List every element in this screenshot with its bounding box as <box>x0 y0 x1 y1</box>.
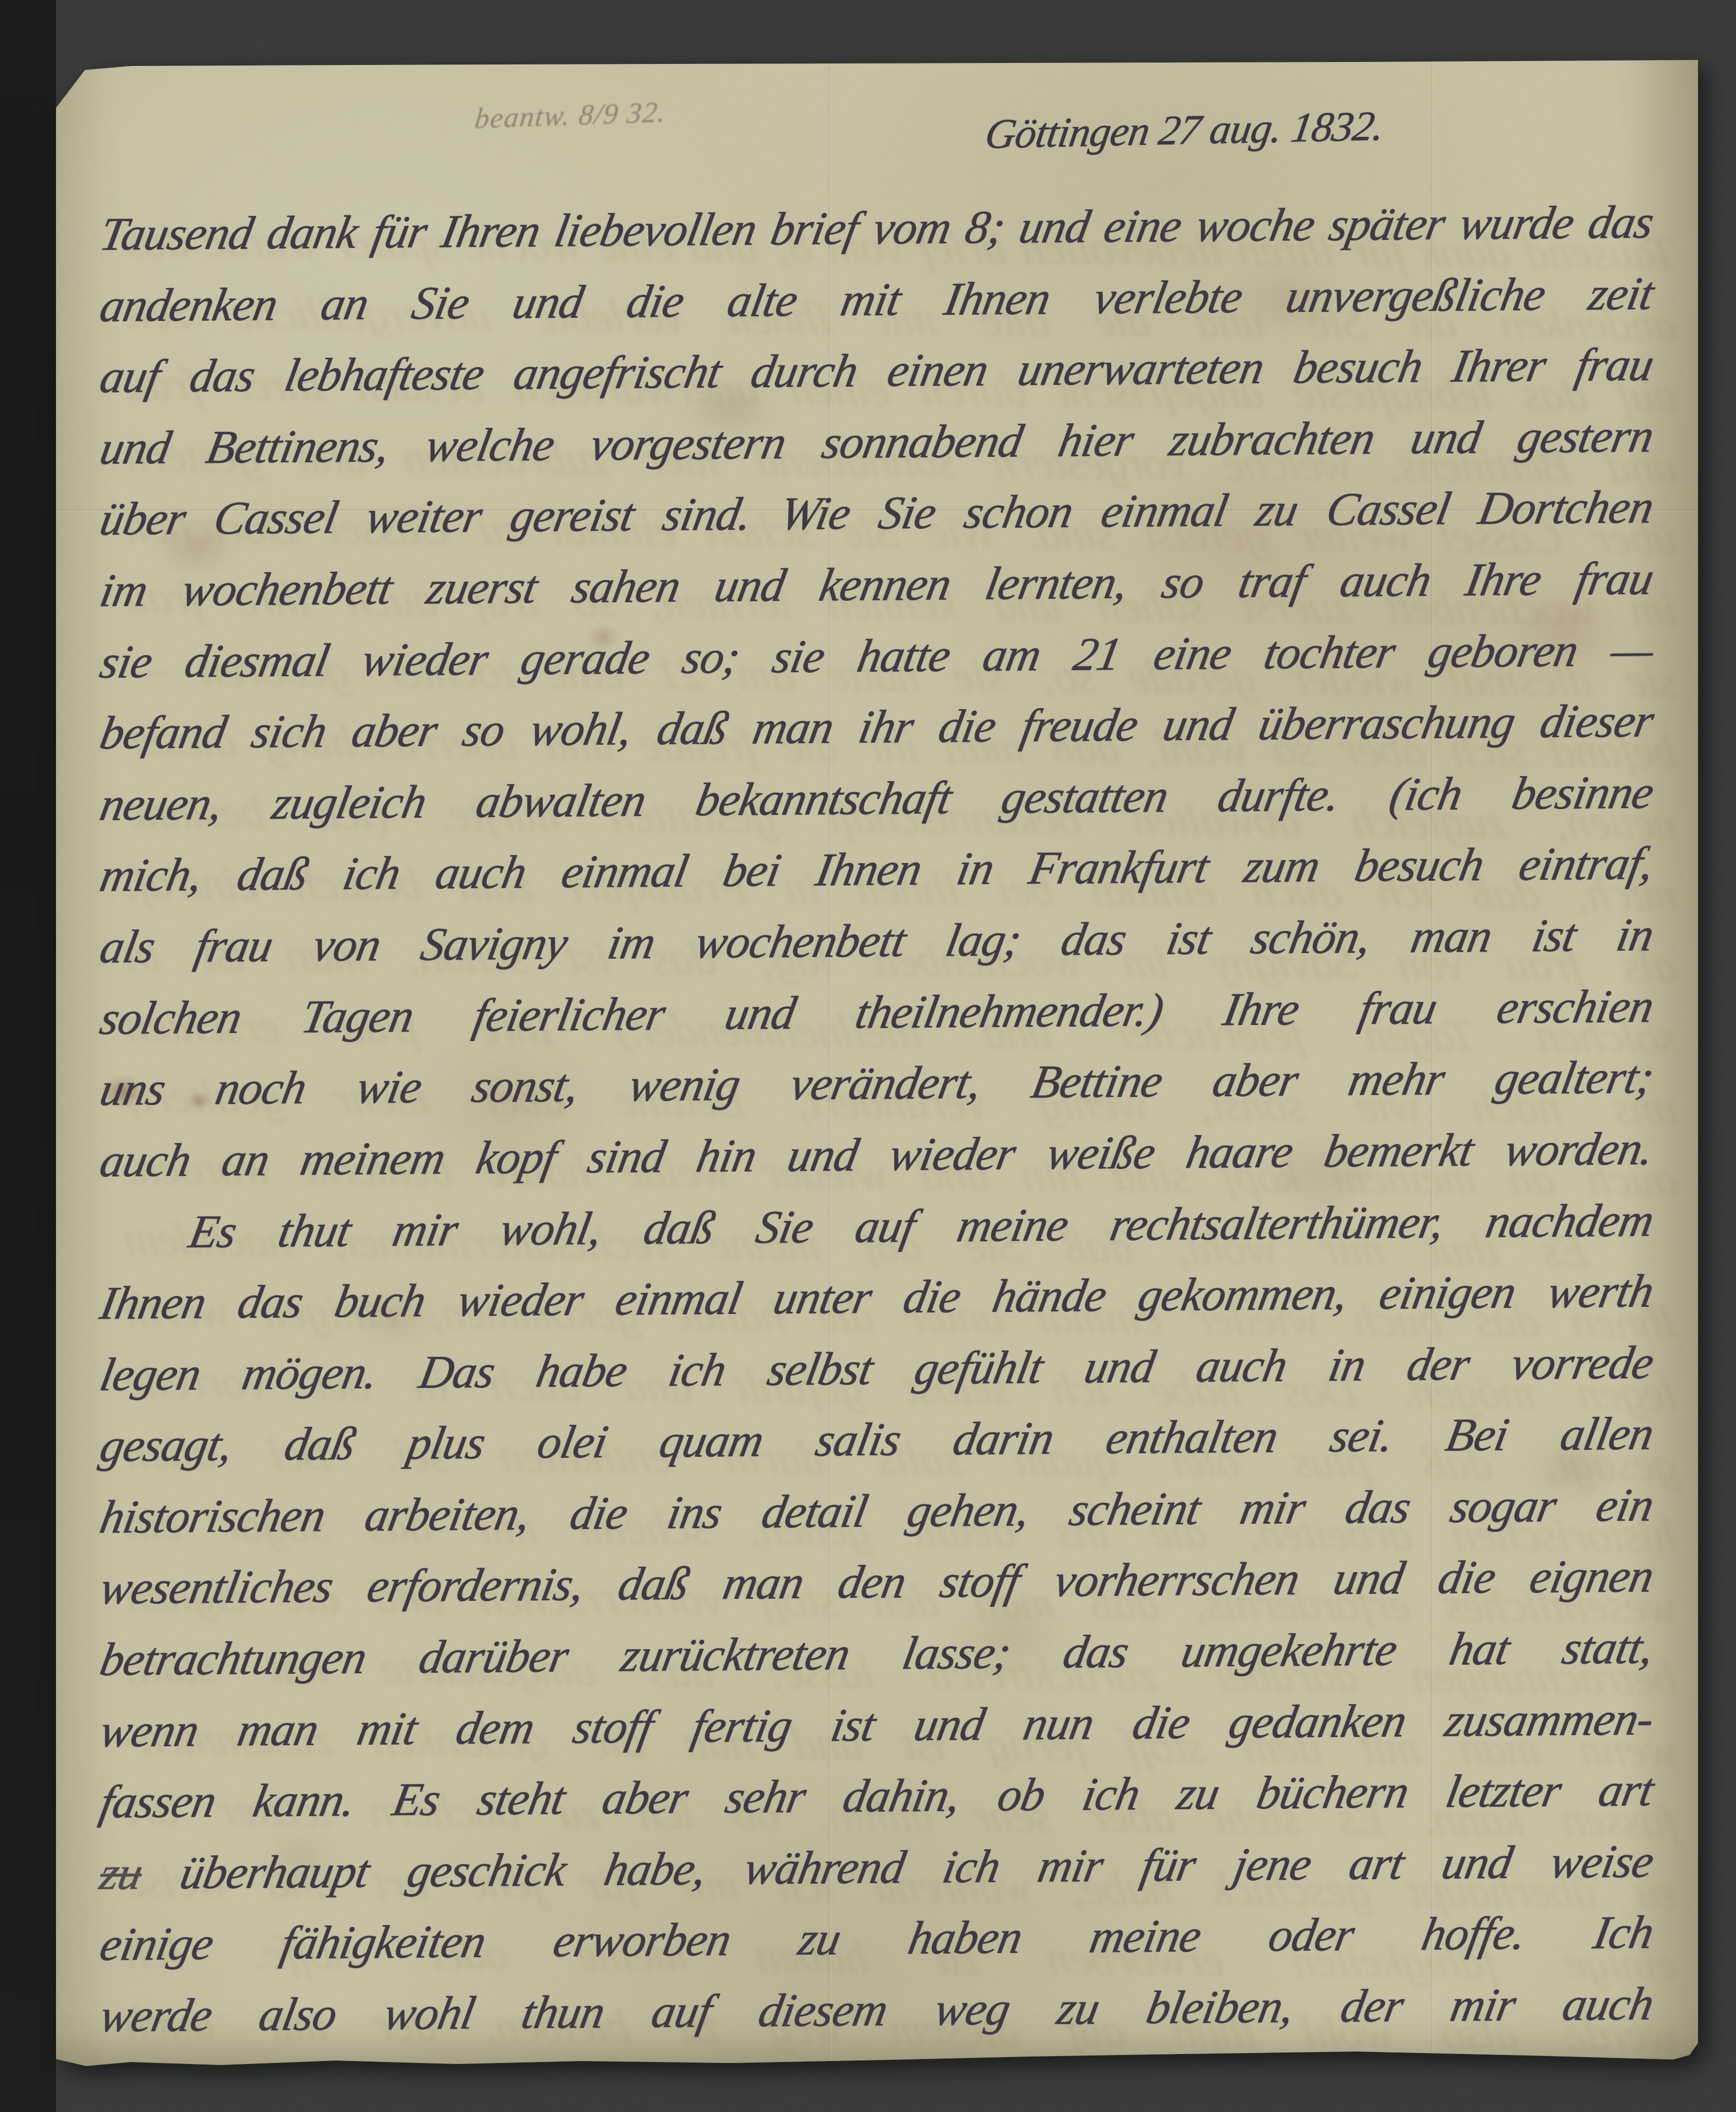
letter-line: siediesmalwiedergeradeso;siehatteam21ein… <box>95 620 1659 694</box>
letter-line: TausenddankfürIhrenliebevollenbriefvom8;… <box>95 192 1659 266</box>
letter-line: auchanmeinemkopfsindhinundwiederweißehaa… <box>95 1119 1659 1192</box>
letter-body: TausenddankfürIhrenliebevollenbriefvom8;… <box>56 60 1698 2069</box>
letter-line: alsfrauvonSavignyimwochenbettlag;dasists… <box>95 905 1659 979</box>
letter-line: undBettinens,welchevorgesternsonnabendhi… <box>95 406 1659 480</box>
letter-line: mich,daßichaucheinmalbeiIhneninFrankfurt… <box>95 834 1659 907</box>
letter-line: werdealsowohlthunaufdiesemwegzubleiben,d… <box>95 1974 1659 2048</box>
letter-line: zuüberhauptgeschickhabe,währendichmirfür… <box>95 1832 1659 1905</box>
letter-line: gesagt,daßplusoleiquamsalisdarinenthalte… <box>95 1404 1659 1477</box>
letter-line: Ihnendasbuchwiedereinmalunterdiehändegek… <box>95 1261 1659 1335</box>
letter-line: solchenTagenfeierlicherundtheilnehmender… <box>95 977 1659 1050</box>
letter-line: wesentlicheserfordernis,daßmandenstoffvo… <box>95 1546 1659 1620</box>
letter-line: Esthutmirwohl,daßSieaufmeinerechtsaltert… <box>184 1191 1659 1263</box>
letter-line: einigefähigkeitenerworbenzuhabenmeineode… <box>95 1903 1659 1976</box>
letter-page-wrap: TausenddankfürIhrenliebevollenbriefvom8;… <box>56 60 1698 2069</box>
letter-line: überCasselweitergereistsind.WieSieschone… <box>95 477 1659 551</box>
letter-line: andenkenanSieunddiealtemitIhnenverlebteu… <box>95 264 1659 337</box>
scan-background: TausenddankfürIhrenliebevollenbriefvom8;… <box>0 0 1736 2112</box>
letter-line: imwochenbettzuerstsahenundkennenlernten,… <box>95 549 1659 622</box>
letter-line: befandsichabersowohl,daßmanihrdiefreudeu… <box>95 691 1659 765</box>
letter-line: wennmanmitdemstofffertigistundnundiegeda… <box>95 1689 1659 1763</box>
letter-line: neuen,zugleichabwaltenbekanntschaftgesta… <box>95 763 1659 836</box>
letter-line: aufdaslebhaftesteangefrischtdurcheinenun… <box>95 335 1659 408</box>
letter-line: betrachtungendarüberzurücktretenlasse;da… <box>95 1618 1659 1691</box>
letter-line: historischenarbeiten,dieinsdetailgehen,s… <box>95 1475 1659 1549</box>
letter-line: unsnochwiesonst,wenigverändert,Bettineab… <box>95 1048 1659 1121</box>
letter-line: fassenkann.Esstehtabersehrdahin,obichzub… <box>95 1760 1659 1834</box>
letter-line: legenmögen.Dashabeichselbstgefühltundauc… <box>95 1333 1659 1406</box>
scanner-felt-edge <box>0 0 56 2112</box>
letter-page: TausenddankfürIhrenliebevollenbriefvom8;… <box>56 60 1698 2069</box>
